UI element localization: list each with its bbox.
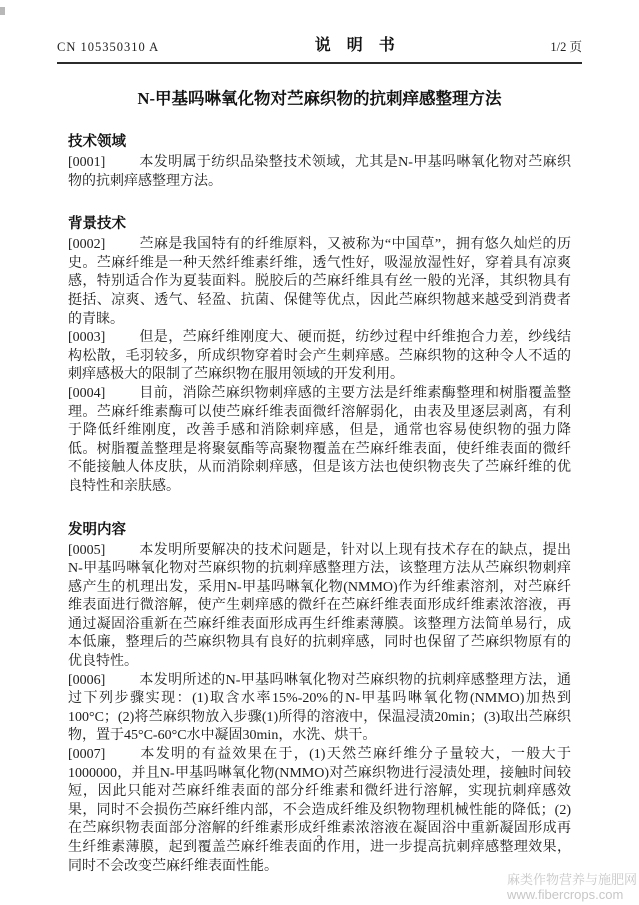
paragraph: [0005]本发明所要解决的技术问题是，针对以上现有技术存在的缺点，提出N-甲基…	[68, 542, 571, 672]
watermark-site-name: 麻类作物营养与施肥网	[507, 872, 637, 887]
scan-artifact	[0, 7, 5, 15]
paragraph-text: 但是，苎麻纤维刚度大、硬而挺，纺纱过程中纤维抱合力差，纱线结构松散，毛羽较多，所…	[68, 330, 571, 382]
patent-title: N-甲基吗啉氧化物对苎麻织物的抗刺痒感整理方法	[57, 85, 582, 109]
paragraph: [0004]目前，消除苎麻织物刺痒感的主要方法是纤维素酶整理和树脂覆盖整理。苎麻…	[68, 385, 571, 497]
paragraph-number: [0007]	[68, 746, 139, 765]
document-body: 技术领域 [0001]本发明属于纺织品染整技术领域，尤其是N-甲基吗啉氧化物对苎…	[68, 130, 571, 876]
page-number: 3	[0, 833, 639, 848]
header-rule	[57, 62, 582, 64]
paragraph: [0007]本发明的有益效果在于，(1)天然苎麻纤维分子量较大，一般大于1000…	[68, 746, 571, 876]
section-heading: 背景技术	[68, 212, 571, 233]
paragraph: [0003]但是，苎麻纤维刚度大、硬而挺，纺纱过程中纤维抱合力差，纱线结构松散，…	[68, 329, 571, 385]
paragraph-number: [0005]	[68, 542, 139, 561]
paragraph-number: [0001]	[68, 154, 139, 173]
paragraph: [0001]本发明属于纺织品染整技术领域，尤其是N-甲基吗啉氧化物对苎麻织物的抗…	[68, 154, 571, 191]
paragraph-text: 本发明所述的N-甲基吗啉氧化物对苎麻织物的抗刺痒感整理方法，通过下列步骤实现：(…	[68, 673, 571, 744]
paragraph-text: 本发明的有益效果在于，(1)天然苎麻纤维分子量较大，一般大于1000000，并且…	[68, 747, 571, 874]
document-section: 技术领域 [0001]本发明属于纺织品染整技术领域，尤其是N-甲基吗啉氧化物对苎…	[68, 130, 571, 191]
paragraph-number: [0004]	[68, 385, 139, 404]
patent-page: CN 105350310 A 说 明 书 1/2 页 N-甲基吗啉氧化物对苎麻织…	[0, 0, 639, 876]
paragraph-number: [0006]	[68, 672, 139, 691]
document-section: 发明内容 [0005]本发明所要解决的技术问题是，针对以上现有技术存在的缺点，提…	[68, 518, 571, 877]
paragraph-text: 本发明属于纺织品染整技术领域，尤其是N-甲基吗啉氧化物对苎麻织物的抗刺痒感整理方…	[68, 155, 571, 189]
section-heading: 技术领域	[68, 130, 571, 151]
paragraph-text: 目前，消除苎麻织物刺痒感的主要方法是纤维素酶整理和树脂覆盖整理。苎麻纤维素酶可以…	[68, 386, 571, 494]
watermark: 麻类作物营养与施肥网 www.fibercrops.com	[507, 872, 637, 902]
section-heading: 发明内容	[68, 518, 571, 539]
document-type-title: 说 明 书	[315, 32, 395, 55]
page-indicator: 1/2 页	[550, 37, 582, 55]
paragraph-text: 苎麻是我国特有的纤维原料，又被称为“中国草”，拥有悠久灿烂的历史。苎麻纤维是一种…	[68, 237, 571, 326]
watermark-url: www.fibercrops.com	[507, 887, 637, 902]
page-header: CN 105350310 A 说 明 书 1/2 页	[57, 32, 582, 62]
paragraph-number: [0003]	[68, 329, 139, 348]
paragraph-number: [0002]	[68, 236, 139, 255]
patent-number: CN 105350310 A	[57, 40, 159, 55]
document-section: 背景技术 [0002]苎麻是我国特有的纤维原料，又被称为“中国草”，拥有悠久灿烂…	[68, 212, 571, 496]
paragraph-text: 本发明所要解决的技术问题是，针对以上现有技术存在的缺点，提出N-甲基吗啉氧化物对…	[68, 543, 571, 670]
paragraph: [0002]苎麻是我国特有的纤维原料，又被称为“中国草”，拥有悠久灿烂的历史。苎…	[68, 236, 571, 329]
paragraph: [0006]本发明所述的N-甲基吗啉氧化物对苎麻织物的抗刺痒感整理方法，通过下列…	[68, 672, 571, 746]
